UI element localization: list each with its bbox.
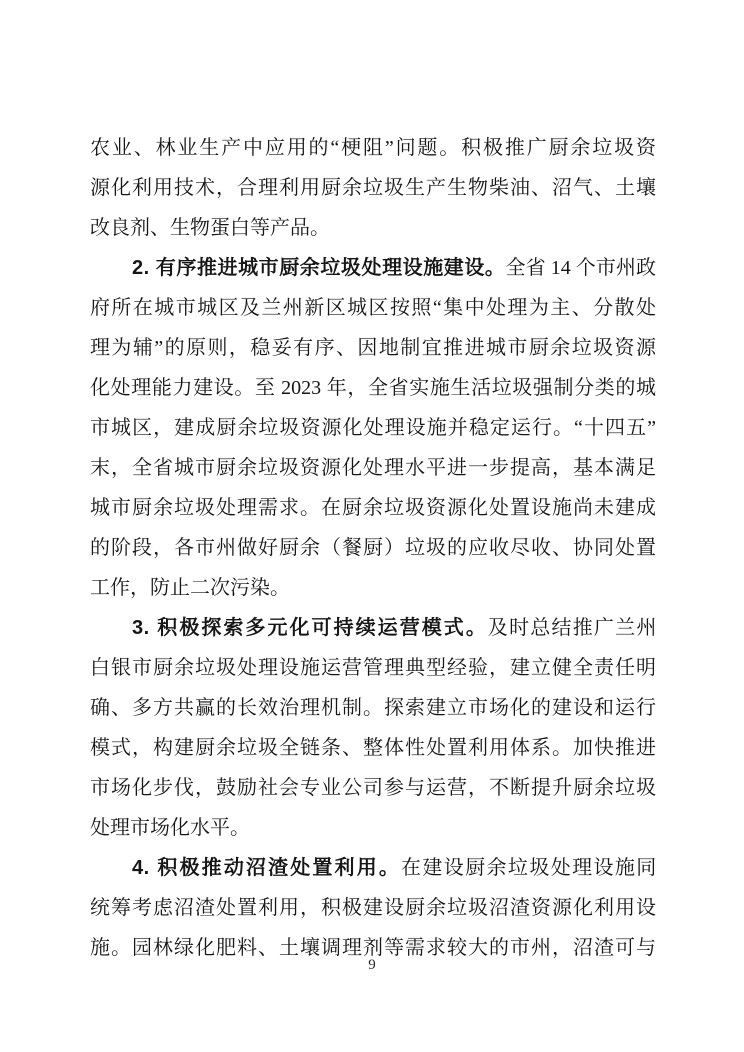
text-line: 白银市厨余垃圾处理设施运营管理典型经验，建立健全责任明 bbox=[90, 648, 656, 688]
text-line: 市场化步伐，鼓励社会专业公司参与运营，不断提升厨余垃圾 bbox=[90, 768, 656, 808]
text-line: 确、多方共赢的长效治理机制。探索建立市场化的建设和运行 bbox=[90, 688, 656, 728]
text-line: 末，全省城市厨余垃圾资源化处理水平进一步提高，基本满足 bbox=[90, 448, 656, 488]
body-text: 化处理能力建设。至 2023 年，全省实施生活垃圾强制分类的城 bbox=[90, 377, 656, 399]
page-number: 9 bbox=[368, 957, 376, 973]
body-text: 处理市场化水平。 bbox=[90, 817, 250, 839]
text-line: 理为辅”的原则，稳妥有序、因地制宜推进城市厨余垃圾资源 bbox=[90, 328, 656, 368]
section-heading: 4. 积极推动沼渣处置利用。 bbox=[132, 857, 401, 879]
text-line: 的阶段，各市州做好厨余（餐厨）垃圾的应收尽收、协同处置 bbox=[90, 528, 656, 568]
body-text: 的阶段，各市州做好厨余（餐厨）垃圾的应收尽收、协同处置 bbox=[90, 537, 656, 559]
text-line: 工作，防止二次污染。 bbox=[90, 568, 656, 608]
text-line: 4. 积极推动沼渣处置利用。在建设厨余垃圾处理设施同时， bbox=[90, 848, 656, 888]
text-line: 2. 有序推进城市厨余垃圾处理设施建设。全省 14 个市州政 bbox=[90, 248, 656, 288]
section-heading: 3. 积极探索多元化可持续运营模式。 bbox=[132, 617, 488, 639]
body-text: 末，全省城市厨余垃圾资源化处理水平进一步提高，基本满足 bbox=[90, 457, 656, 479]
text-line: 化处理能力建设。至 2023 年，全省实施生活垃圾强制分类的城 bbox=[90, 368, 656, 408]
body-text: 城市厨余垃圾处理需求。在厨余垃圾资源化处置设施尚未建成 bbox=[90, 497, 656, 519]
body-text: 农业、林业生产中应用的“梗阻”问题。积极推广厨余垃圾资 bbox=[90, 137, 656, 159]
body-text: 改良剂、生物蛋白等产品。 bbox=[90, 217, 330, 239]
text-line: 府所在城市城区及兰州新区城区按照“集中处理为主、分散处 bbox=[90, 288, 656, 328]
body-text: 模式，构建厨余垃圾全链条、整体性处置利用体系。加快推进 bbox=[90, 737, 656, 759]
text-line: 处理市场化水平。 bbox=[90, 808, 656, 848]
text-line: 改良剂、生物蛋白等产品。 bbox=[90, 208, 656, 248]
body-text: 全省 14 个市州政 bbox=[506, 257, 657, 279]
body-text: 市场化步伐，鼓励社会专业公司参与运营，不断提升厨余垃圾 bbox=[90, 777, 656, 799]
text-line: 统筹考虑沼渣处置利用，积极建设厨余垃圾沼渣资源化利用设 bbox=[90, 888, 656, 928]
body-text: 市城区，建成厨余垃圾资源化处理设施并稳定运行。“十四五” bbox=[90, 417, 656, 439]
body-text: 理为辅”的原则，稳妥有序、因地制宜推进城市厨余垃圾资源 bbox=[90, 337, 656, 359]
page-footer: 9 bbox=[0, 954, 744, 976]
body-text: 统筹考虑沼渣处置利用，积极建设厨余垃圾沼渣资源化利用设 bbox=[90, 897, 656, 919]
section-heading: 2. 有序推进城市厨余垃圾处理设施建设。 bbox=[132, 257, 506, 279]
text-line: 城市厨余垃圾处理需求。在厨余垃圾资源化处置设施尚未建成 bbox=[90, 488, 656, 528]
document-body: 农业、林业生产中应用的“梗阻”问题。积极推广厨余垃圾资源化利用技术，合理利用厨余… bbox=[90, 128, 656, 968]
text-line: 3. 积极探索多元化可持续运营模式。及时总结推广兰州市、 bbox=[90, 608, 656, 648]
body-text: 确、多方共赢的长效治理机制。探索建立市场化的建设和运行 bbox=[90, 697, 656, 719]
text-line: 市城区，建成厨余垃圾资源化处理设施并稳定运行。“十四五” bbox=[90, 408, 656, 448]
text-line: 模式，构建厨余垃圾全链条、整体性处置利用体系。加快推进 bbox=[90, 728, 656, 768]
body-text: 白银市厨余垃圾处理设施运营管理典型经验，建立健全责任明 bbox=[90, 657, 656, 679]
text-line: 农业、林业生产中应用的“梗阻”问题。积极推广厨余垃圾资 bbox=[90, 128, 656, 168]
body-text: 府所在城市城区及兰州新区城区按照“集中处理为主、分散处 bbox=[90, 297, 656, 319]
text-line: 源化利用技术，合理利用厨余垃圾生产生物柴油、沼气、土壤 bbox=[90, 168, 656, 208]
body-text: 工作，防止二次污染。 bbox=[90, 577, 290, 599]
body-text: 源化利用技术，合理利用厨余垃圾生产生物柴油、沼气、土壤 bbox=[90, 177, 656, 199]
